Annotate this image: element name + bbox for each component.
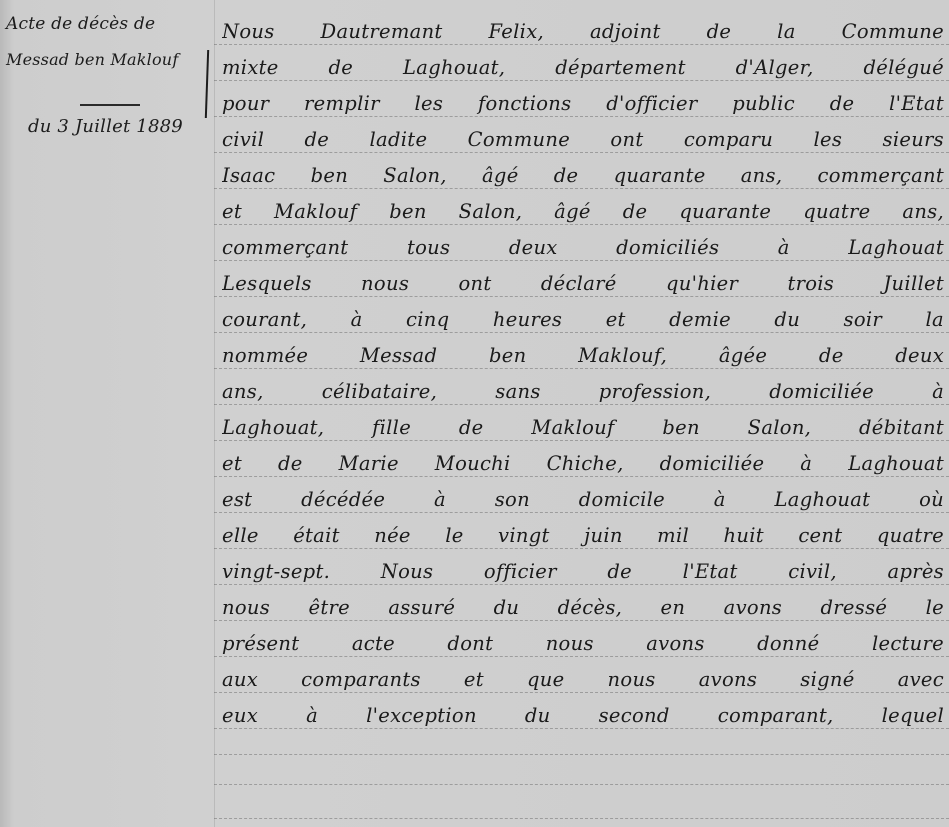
ruled-line [214, 404, 949, 405]
ruled-line [214, 476, 949, 477]
body-line: eux à l'exception du second comparant, l… [222, 704, 944, 727]
ruled-line [214, 620, 949, 621]
body-line: Laghouat, fille de Maklouf ben Salon, dé… [222, 416, 944, 439]
ruled-line [214, 818, 949, 819]
body-line: Lesquels nous ont déclaré qu'hier trois … [222, 272, 944, 295]
body-line: commerçant tous deux domiciliés à Laghou… [222, 236, 944, 259]
body-line: vingt-sept. Nous officier de l'Etat civi… [222, 560, 944, 583]
body-line: civil de ladite Commune ont comparu les … [222, 128, 944, 151]
ruled-line [214, 296, 949, 297]
body-line: aux comparants et que nous avons signé a… [222, 668, 944, 691]
body-line: courant, à cinq heures et demie du soir … [222, 308, 944, 331]
ruled-line [214, 728, 949, 729]
margin-bracket [205, 50, 209, 118]
ruled-line [214, 332, 949, 333]
register-page: Acte de décès de Messad ben Maklouf du 3… [0, 0, 949, 827]
body-line: est décédée à son domicile à Laghouat où [222, 488, 944, 511]
ruled-line [214, 116, 949, 117]
ruled-line [214, 44, 949, 45]
body-line: et Maklouf ben Salon, âgé de quarante qu… [222, 200, 944, 223]
body-line: pour remplir les fonctions d'officier pu… [222, 92, 944, 115]
ruled-line [214, 224, 949, 225]
ruled-line [214, 188, 949, 189]
body-line: Isaac ben Salon, âgé de quarante ans, co… [222, 164, 944, 187]
ruled-line [214, 584, 949, 585]
ruled-line [214, 548, 949, 549]
body-line: nous être assuré du décès, en avons dres… [222, 596, 944, 619]
ruled-line [214, 80, 949, 81]
body-line: Nous Dautremant Felix, adjoint de la Com… [222, 20, 944, 43]
body-line: et de Marie Mouchi Chiche, domiciliée à … [222, 452, 944, 475]
ruled-line [214, 152, 949, 153]
body-line: mixte de Laghouat, département d'Alger, … [222, 56, 944, 79]
margin-date: du 3 Juillet 1889 [28, 116, 183, 137]
margin-title: Acte de décès de [6, 14, 155, 34]
ruled-line [214, 656, 949, 657]
ruled-line [214, 784, 949, 785]
ruled-line [214, 368, 949, 369]
margin-subject-name: Messad ben Maklouf [6, 50, 178, 69]
margin-underline [80, 104, 140, 106]
ruled-line [214, 440, 949, 441]
body-line: nommée Messad ben Maklouf, âgée de deux [222, 344, 944, 367]
ruled-line [214, 512, 949, 513]
body-line: présent acte dont nous avons donné lectu… [222, 632, 944, 655]
margin-rule [214, 0, 215, 827]
ruled-line [214, 754, 949, 755]
ruled-line [214, 260, 949, 261]
ruled-line [214, 692, 949, 693]
body-line: elle était née le vingt juin mil huit ce… [222, 524, 944, 547]
body-line: ans, célibataire, sans profession, domic… [222, 380, 944, 403]
